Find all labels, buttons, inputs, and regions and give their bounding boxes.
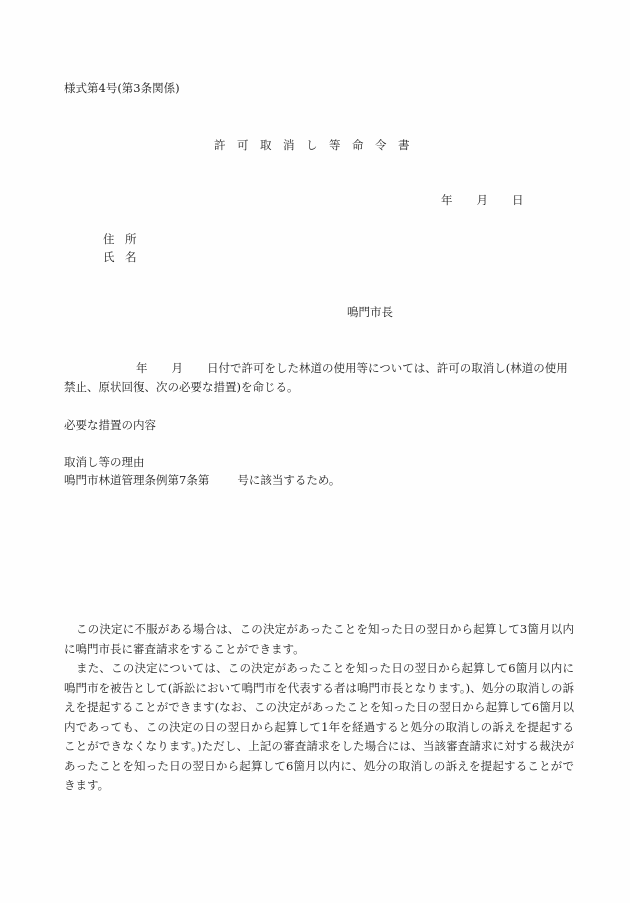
issuer: 鳴門市長 [347, 304, 393, 320]
reason-suffix: 号に該当するため。 [237, 473, 340, 487]
reason-text: 鳴門市林道管理条例第7条第号に該当するため。 [64, 472, 340, 488]
date-day-label: 日 [512, 192, 524, 208]
body-year-label: 年 [136, 361, 148, 375]
date-line: 年月日 [441, 192, 524, 208]
recipient-address-label: 住所 [103, 231, 137, 247]
date-month-label: 月 [477, 192, 489, 208]
order-body: 年月日付で許可をした林道の使用等については、許可の取消し(林道の使用禁止、原状回… [64, 359, 574, 397]
name-label-char-1: 氏 [103, 249, 125, 265]
name-label-char-2: 名 [125, 250, 137, 264]
reason-prefix: 鳴門市林道管理条例第7条第 [64, 473, 209, 487]
reason-label: 取消し等の理由 [64, 454, 145, 470]
body-month-label: 月 [172, 361, 184, 375]
document-title: 許可取消し等命令書 [214, 137, 421, 153]
notice-paragraph-2: また、この決定については、この決定があったことを知った日の翌日から起算して6箇月… [64, 659, 574, 796]
notice-paragraph-1: この決定に不服がある場合は、この決定があったことを知った日の翌日から起算して3箇… [64, 620, 574, 659]
required-measures-label: 必要な措置の内容 [64, 417, 156, 433]
address-label-char-1: 住 [103, 231, 125, 247]
form-number: 様式第4号(第3条関係) [64, 80, 180, 96]
address-label-char-2: 所 [125, 232, 137, 246]
appeal-notice: この決定に不服がある場合は、この決定があったことを知った日の翌日から起算して3箇… [64, 620, 574, 796]
date-year-label: 年 [441, 192, 453, 208]
recipient-name-label: 氏名 [103, 249, 137, 265]
